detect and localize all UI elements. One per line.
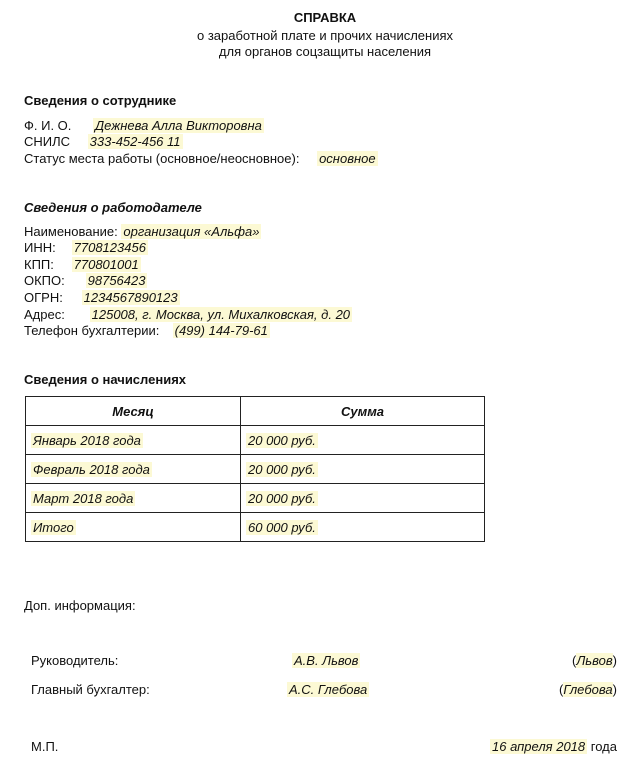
fio-value: Дежнева Алла Викторовна [93,118,264,133]
okpo-row: ОКПО: 98756423 [24,273,147,289]
fio-label: Ф. И. О. [24,118,71,133]
ogrn-value: 1234567890123 [82,290,180,305]
table-header-row: Месяц Сумма [26,397,485,426]
date-suffix: года [591,739,617,754]
address-row: Адрес: 125008, г. Москва, ул. Михалковск… [24,307,352,323]
document-title: СПРАВКА [0,10,635,26]
document-subtitle-line2: для органов соцзащиты населения [0,44,635,60]
total-label-cell: Итого [26,513,241,542]
kpp-label: КПП: [24,257,68,273]
table-row: Январь 2018 года 20 000 руб. [26,426,485,455]
column-header-amount: Сумма [241,397,485,426]
status-row: Статус места работы (основное/неосновное… [24,151,378,167]
table-row: Февраль 2018 года 20 000 руб. [26,455,485,484]
employee-heading: Сведения о сотруднике [24,93,176,109]
amount-cell: 20 000 руб. [241,484,485,513]
table-total-row: Итого 60 000 руб. [26,513,485,542]
stamp-label: М.П. [31,739,58,755]
ogrn-label: ОГРН: [24,290,78,306]
status-label: Статус места работы (основное/неосновное… [24,151,299,166]
snils-value: 333-452-456 11 [88,134,183,149]
date-value: 16 апреля 2018 [490,739,587,754]
phone-label: Телефон бухгалтерии: [24,323,169,339]
status-value: основное [317,151,378,166]
accruals-heading: Сведения о начислениях [24,372,186,388]
accountant-name: А.С. Глебова [287,682,369,698]
month-cell: Март 2018 года [26,484,241,513]
inn-label: ИНН: [24,240,68,256]
employer-name-label: Наименование: [24,224,118,239]
kpp-value: 770801001 [72,257,141,272]
phone-row: Телефон бухгалтерии: (499) 144-79-61 [24,323,270,339]
address-label: Адрес: [24,307,86,323]
director-signature: (Львов) [572,653,617,669]
inn-value: 7708123456 [72,240,148,255]
document-subtitle-line1: о заработной плате и прочих начислениях [0,28,635,44]
employer-heading: Сведения о работодателе [24,200,202,216]
month-cell: Январь 2018 года [26,426,241,455]
extra-info-label: Доп. информация: [24,598,136,614]
snils-row: СНИЛС 333-452-456 11 [24,134,183,150]
inn-row: ИНН: 7708123456 [24,240,148,256]
amount-cell: 20 000 руб. [241,426,485,455]
month-cell: Февраль 2018 года [26,455,241,484]
accruals-table: Месяц Сумма Январь 2018 года 20 000 руб.… [25,396,485,542]
employer-name-row: Наименование: организация «Альфа» [24,224,261,240]
okpo-value: 98756423 [86,273,148,288]
phone-value: (499) 144-79-61 [173,323,270,338]
employer-name-value: организация «Альфа» [121,224,261,239]
director-label: Руководитель: [31,653,118,669]
kpp-row: КПП: 770801001 [24,257,141,273]
document-date: 16 апреля 2018 года [490,739,617,755]
accountant-signature: (Глебова) [559,682,617,698]
address-value: 125008, г. Москва, ул. Михалковская, д. … [90,307,352,322]
fio-row: Ф. И. О. Дежнева Алла Викторовна [24,118,264,134]
director-name: А.В. Львов [292,653,360,669]
table-row: Март 2018 года 20 000 руб. [26,484,485,513]
amount-cell: 20 000 руб. [241,455,485,484]
accountant-label: Главный бухгалтер: [31,682,150,698]
okpo-label: ОКПО: [24,273,82,289]
column-header-month: Месяц [26,397,241,426]
ogrn-row: ОГРН: 1234567890123 [24,290,180,306]
total-amount-cell: 60 000 руб. [241,513,485,542]
snils-label: СНИЛС [24,134,70,149]
